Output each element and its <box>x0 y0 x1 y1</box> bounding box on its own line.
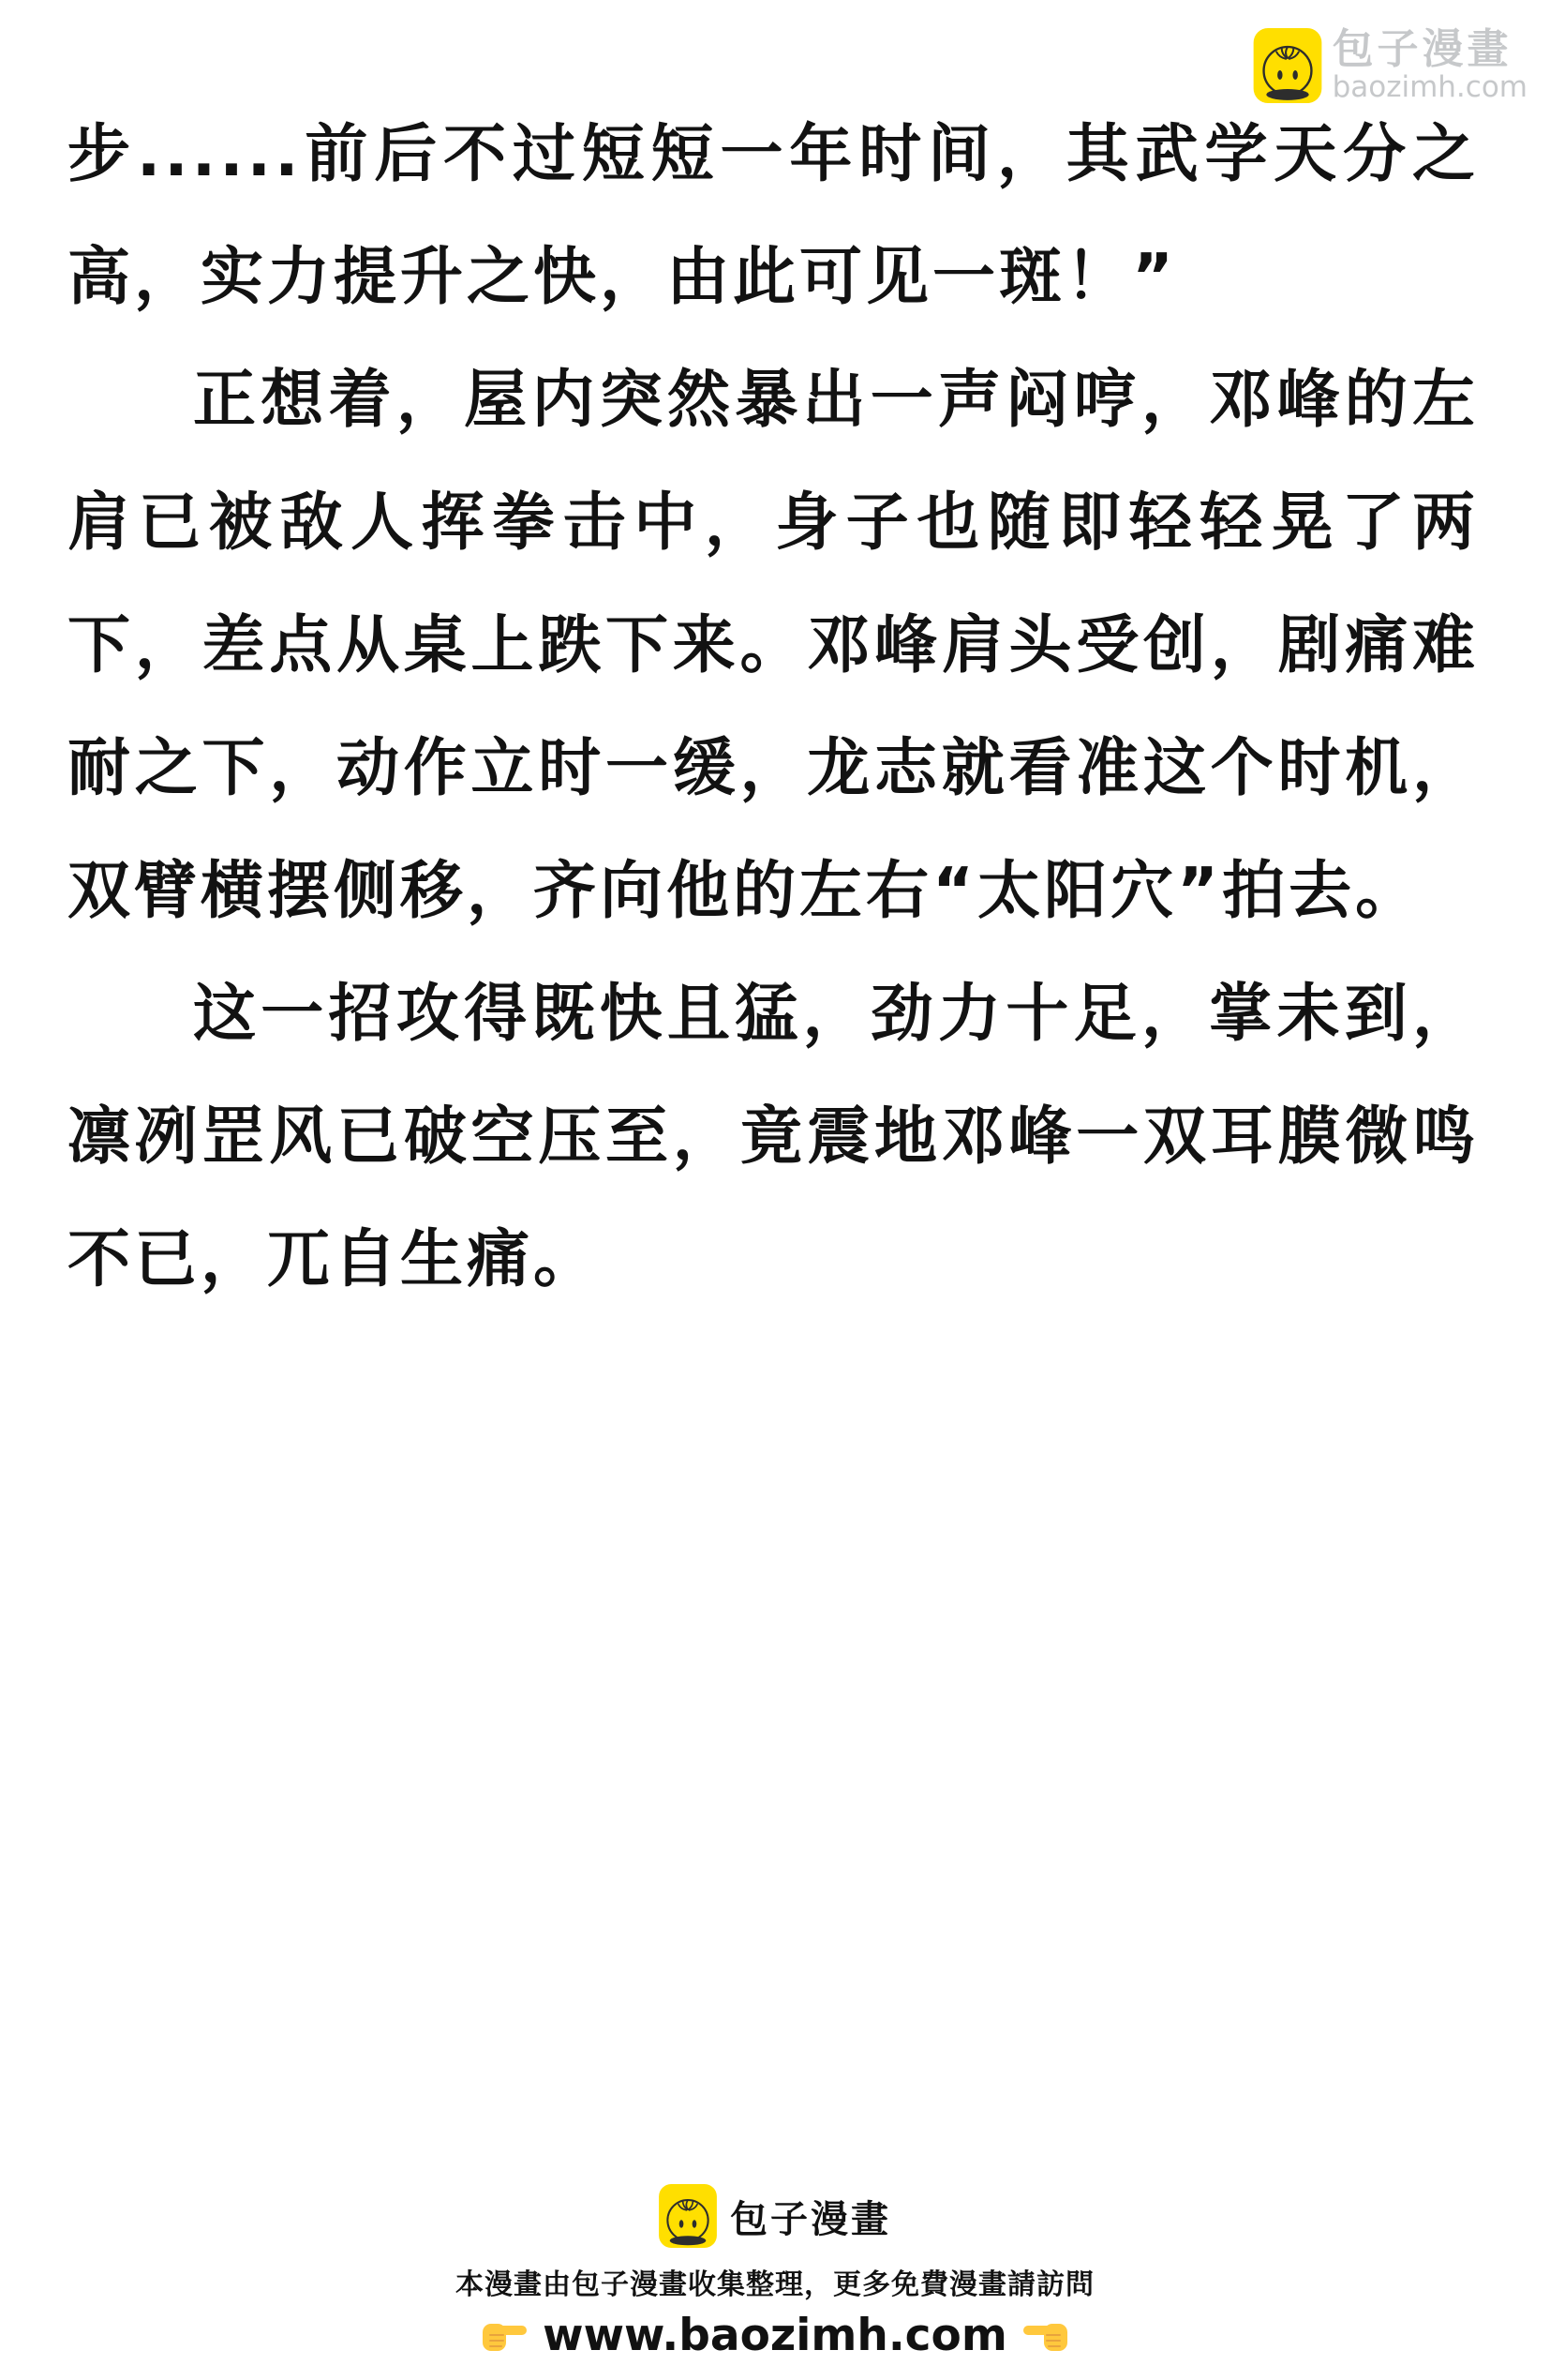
paragraph-1: 步......前后不过短短一年时间，其武学天分之高，实力提升之快，由此可见一斑！… <box>67 93 1479 338</box>
footer-url-row: www.baozimh.com <box>483 2310 1067 2361</box>
bun-logo-icon <box>659 2184 717 2248</box>
novel-text: 步......前后不过短短一年时间，其武学天分之高，实力提升之快，由此可见一斑！… <box>67 93 1479 1321</box>
watermark-brand: 包子漫畫 <box>1333 28 1528 71</box>
footer-brand: 包子漫畫 <box>730 2190 891 2243</box>
footer: 包子漫畫 本漫畫由包子漫畫收集整理，更多免費漫畫請訪問 www.baozimh.… <box>0 2184 1550 2361</box>
paragraph-3: 这一招攻得既快且猛，劲力十足，掌未到，凛冽罡风已破空压至，竟震地邓峰一双耳膜微鸣… <box>67 952 1479 1321</box>
pointing-left-icon <box>1022 2319 1067 2353</box>
manga-text-page: 包子漫畫 baozimh.com 步......前后不过短短一年时间，其武学天分… <box>0 0 1550 2380</box>
footer-brand-row: 包子漫畫 <box>659 2184 891 2248</box>
footer-url: www.baozimh.com <box>543 2310 1007 2361</box>
paragraph-2: 正想着，屋内突然暴出一声闷哼，邓峰的左肩已被敌人挥拳击中，身子也随即轻轻晃了两下… <box>67 338 1479 952</box>
pointing-right-icon <box>483 2319 528 2353</box>
footer-tagline: 本漫畫由包子漫畫收集整理，更多免費漫畫請訪問 <box>455 2261 1095 2302</box>
